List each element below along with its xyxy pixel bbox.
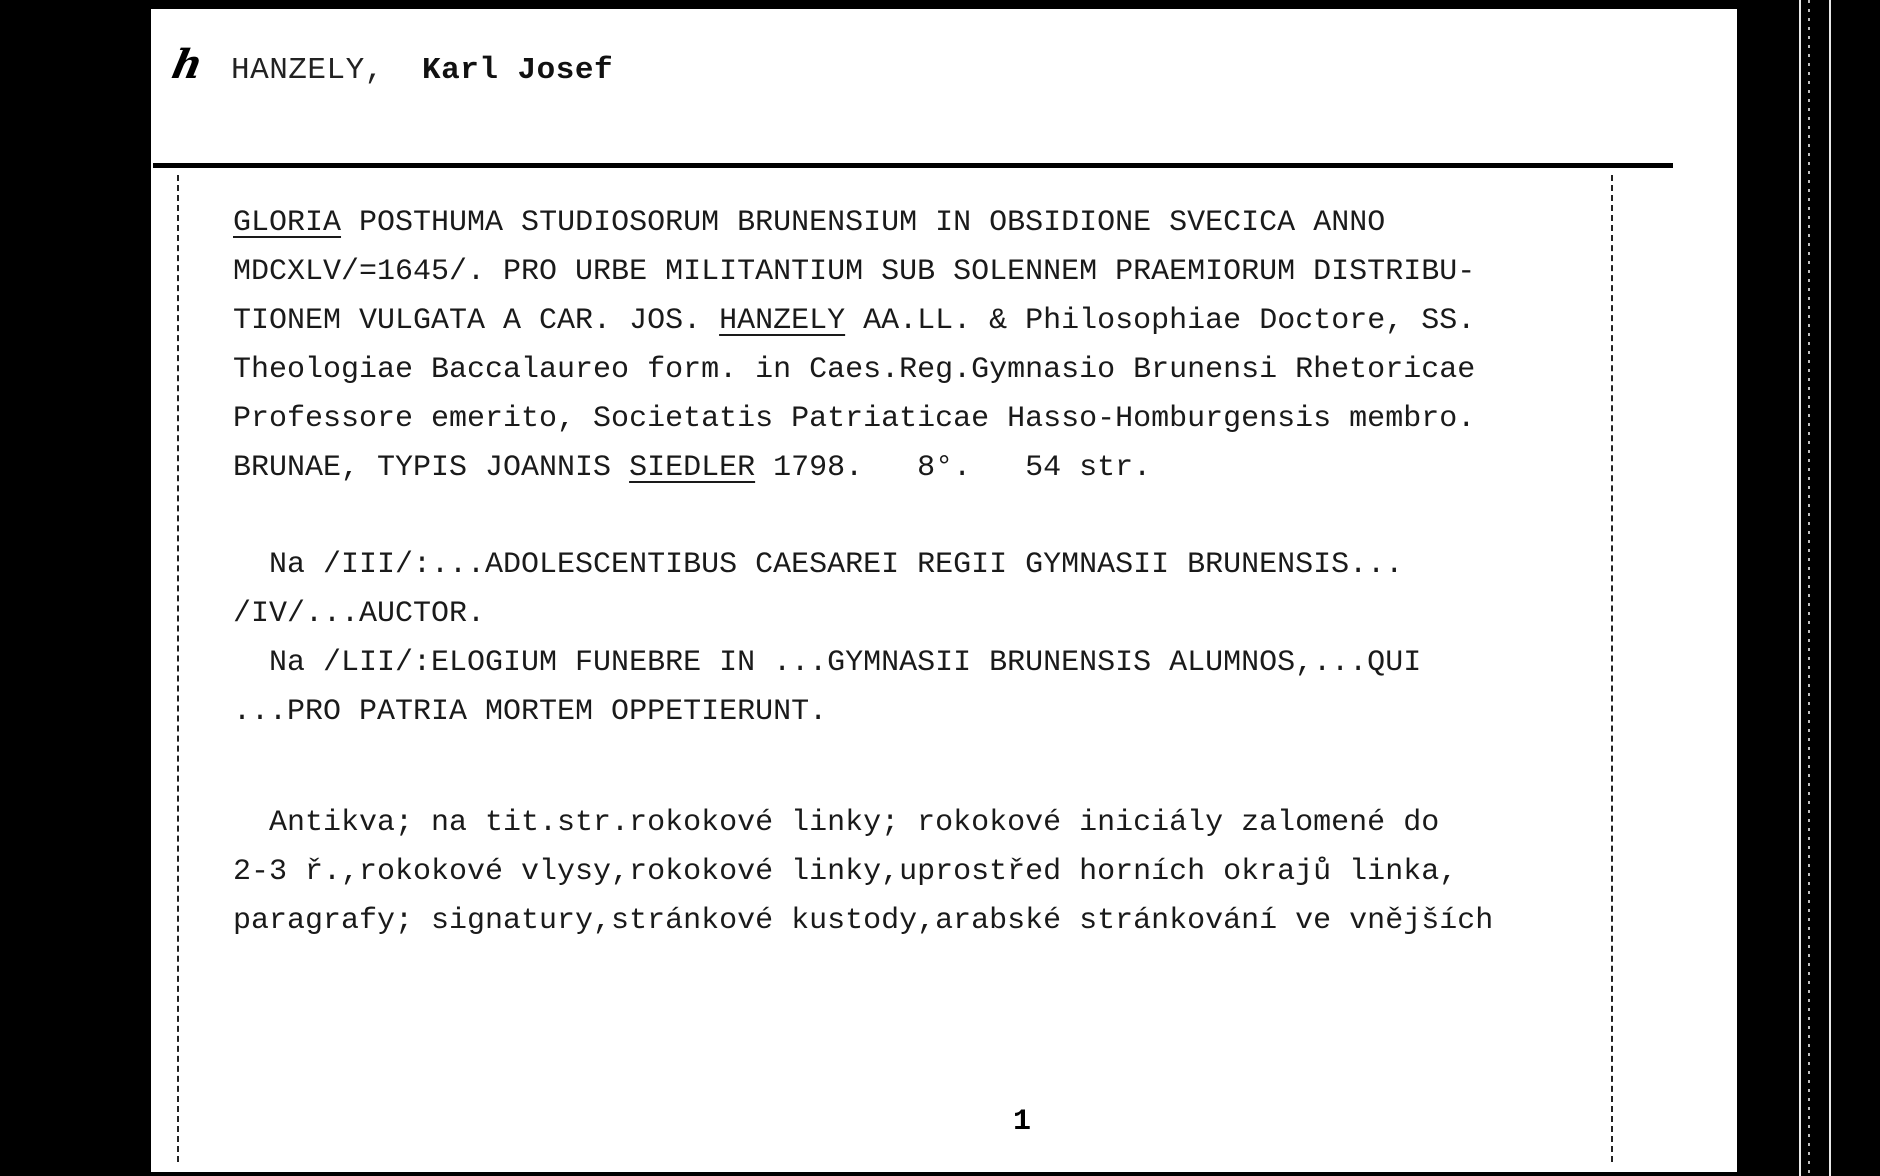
handwritten-mark: h: [168, 41, 207, 88]
card-body: GLORIA POSTHUMA STUDIOSORUM BRUNENSIUM I…: [233, 199, 1633, 946]
note-line: Na /LII/:ELOGIUM FUNEBRE IN ...GYMNASII …: [233, 639, 1633, 688]
text-segment: MDCXLV/=1645/. PRO URBE MILITANTIUM SUB …: [233, 255, 1475, 289]
text-segment: Professore emerito, Societatis Patriatic…: [233, 402, 1475, 436]
title-line: BRUNAE, TYPIS JOANNIS SIEDLER 1798. 8°. …: [233, 444, 1633, 493]
title-line: GLORIA POSTHUMA STUDIOSORUM BRUNENSIUM I…: [233, 199, 1633, 248]
text-segment: 1798. 8°. 54 str.: [755, 451, 1151, 485]
title-line: Professore emerito, Societatis Patriatic…: [233, 395, 1633, 444]
title-line: MDCXLV/=1645/. PRO URBE MILITANTIUM SUB …: [233, 248, 1633, 297]
card-heading: HANZELY, Karl Josef: [231, 53, 613, 88]
title-line: TIONEM VULGATA A CAR. JOS. HANZELY AA.LL…: [233, 297, 1633, 346]
author-given-names: Karl Josef: [422, 53, 613, 88]
catalog-card: h HANZELY, Karl Josef GLORIA POSTHUMA ST…: [151, 9, 1737, 1172]
note-line: ...PRO PATRIA MORTEM OPPETIERUNT.: [233, 688, 1633, 737]
text-segment: POSTHUMA STUDIOSORUM BRUNENSIUM IN OBSID…: [341, 206, 1385, 240]
text-segment: BRUNAE, TYPIS JOANNIS: [233, 451, 629, 485]
text-segment: Theologiae Baccalaureo form. in Caes.Reg…: [233, 353, 1475, 387]
underlined-term: GLORIA: [233, 206, 341, 240]
header-divider: [153, 163, 1673, 168]
underlined-term: HANZELY: [719, 304, 845, 338]
description-block: Antikva; na tit.str.rokokové linky; roko…: [233, 799, 1633, 946]
left-margin-line: [177, 175, 179, 1162]
description-line: paragrafy; signatury,stránkové kustody,a…: [233, 897, 1633, 946]
author-surname: HANZELY,: [231, 53, 384, 88]
description-line: Antikva; na tit.str.rokokové linky; roko…: [233, 799, 1633, 848]
note-line: Na /III/:...ADOLESCENTIBUS CAESAREI REGI…: [233, 541, 1633, 590]
text-segment: TIONEM VULGATA A CAR. JOS.: [233, 304, 719, 338]
scan-edge-line: [1808, 0, 1810, 1176]
underlined-term: SIEDLER: [629, 451, 755, 485]
title-block: GLORIA POSTHUMA STUDIOSORUM BRUNENSIUM I…: [233, 199, 1633, 493]
note-line: /IV/...AUCTOR.: [233, 590, 1633, 639]
scan-edge-line: [1799, 0, 1801, 1176]
description-line: 2-3 ř.,rokokové vlysy,rokokové linky,upr…: [233, 848, 1633, 897]
title-line: Theologiae Baccalaureo form. in Caes.Reg…: [233, 346, 1633, 395]
page-number: 1: [1013, 1105, 1031, 1139]
text-segment: AA.LL. & Philosophiae Doctore, SS.: [845, 304, 1475, 338]
notes-block: Na /III/:...ADOLESCENTIBUS CAESAREI REGI…: [233, 541, 1633, 737]
scan-edge-line: [1829, 0, 1831, 1176]
